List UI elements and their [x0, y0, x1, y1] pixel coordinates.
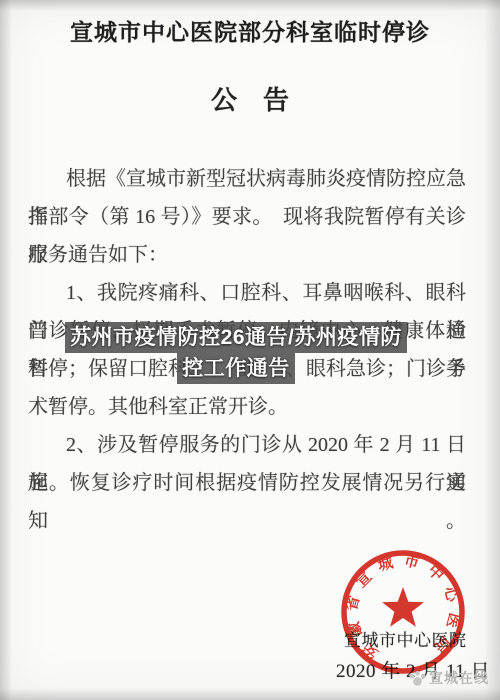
watermark-text: 宣城在线 — [429, 668, 489, 688]
document-line: 2、涉及暂停服务的门诊从 2020 年 2 月 11 日起实 — [28, 426, 466, 464]
notice-photo: 宣城市中心医院部分科室临时停诊 公 告 根据《宣城市新型冠状病毒肺炎疫情防控应急… — [0, 0, 500, 700]
document-line: 服务通告如下： — [28, 236, 466, 274]
paw-print-icon — [408, 669, 427, 688]
document-line: 根据《宣城市新型冠状病毒肺炎疫情防控应急指 — [28, 160, 466, 198]
official-seal: 安徽省宣城市中心医院 — [337, 546, 469, 678]
document-heading: 公 告 — [0, 80, 500, 117]
document-line: 术暂停。其他科室正常开诊。 — [28, 388, 466, 426]
site-watermark: 宣城在线 — [408, 668, 489, 688]
document-line: 1、我院疼痛科、口腔科、耳鼻咽喉科、眼科普通 — [28, 274, 466, 312]
caption-line-1-row: 苏州市疫情防控26通告/苏州疫情防 — [0, 322, 472, 353]
caption-line-1: 苏州市疫情防控26通告/苏州疫情防 — [65, 322, 407, 353]
caption-line-2: 控工作通告 — [177, 353, 295, 384]
star-icon — [382, 587, 424, 627]
document-line: 挥部令（第 16 号）》要求。 现将我院暂停有关诊疗 — [28, 198, 466, 236]
document-line: 施。恢复诊疗时间根据疫情防控发展情况另行通知。 — [28, 464, 466, 502]
caption-overlay-banner: 苏州市疫情防控26通告/苏州疫情防 控工作通告 — [0, 322, 472, 384]
document-title: 宣城市中心医院部分科室临时停诊 — [0, 14, 500, 47]
caption-line-2-row: 控工作通告 — [0, 353, 472, 384]
